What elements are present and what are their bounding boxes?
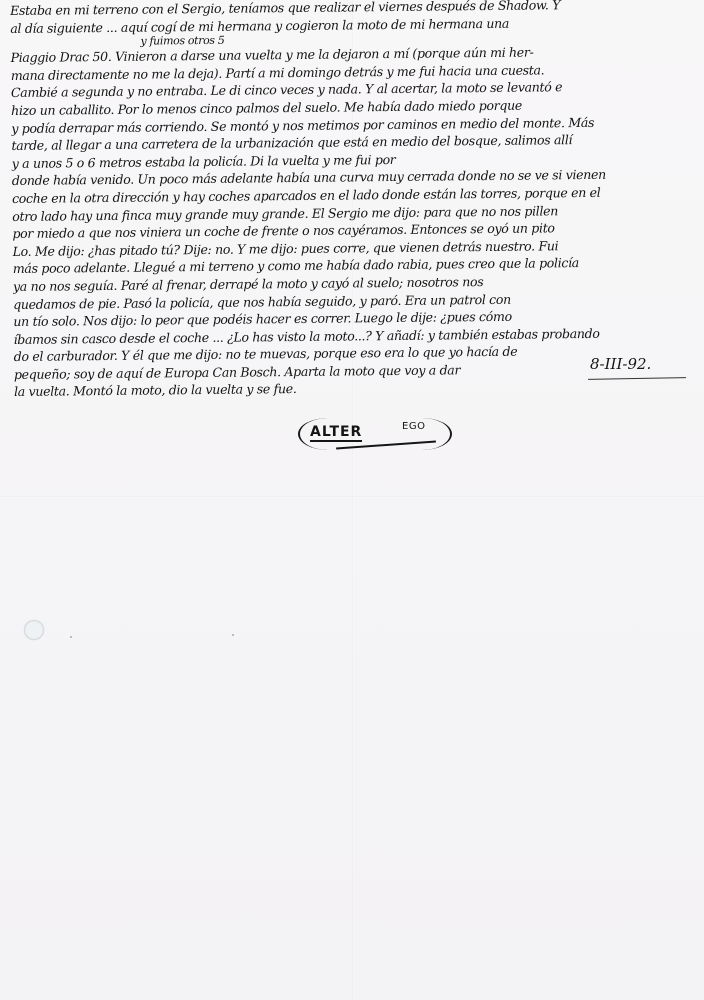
handwritten-text-block: Estaba en mi terreno con el Sergio, tení… (10, 0, 704, 401)
paper-speck (232, 634, 234, 636)
signature-main: ALTER (310, 424, 362, 442)
punch-hole (24, 620, 44, 640)
signature-secondary: EGO (402, 421, 425, 432)
paper-speck (70, 636, 72, 638)
signature: ALTER EGO (298, 418, 452, 450)
letter-page: Estaba en mi terreno con el Sergio, tení… (0, 0, 704, 1000)
letter-date: 8-III-92. (590, 355, 651, 373)
